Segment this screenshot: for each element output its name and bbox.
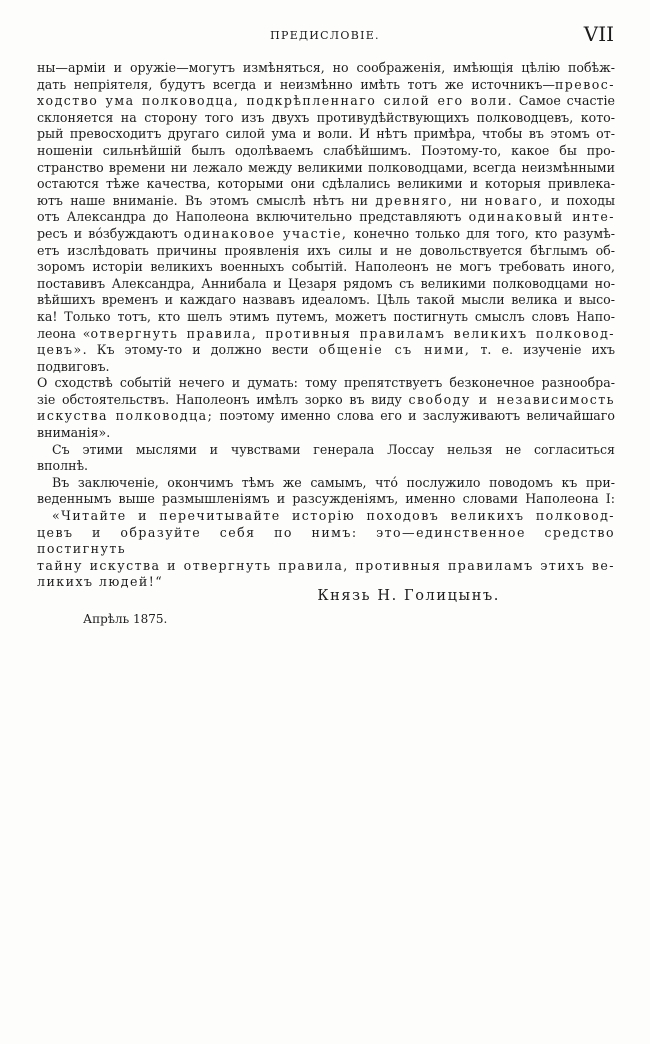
page-number: VII: [584, 24, 614, 44]
text-line: остаются тѣже качества, которыми они сдѣ…: [37, 176, 615, 193]
text-line: цевъ и образуйте себя по нимъ: это—единс…: [37, 525, 615, 558]
text-segment: вниманія».: [37, 425, 110, 440]
text-segment: ютъ наше вниманіе. Въ этомъ смыслѣ нѣтъ …: [37, 193, 375, 208]
date-line: Апрѣль 1875.: [83, 612, 167, 626]
text-line: тайну искуства и отвергнуть правила, про…: [37, 558, 615, 575]
emphasized-text: «Читайте и перечитывайте исторію походов…: [52, 508, 615, 523]
text-line: Въ заключеніе, окончимъ тѣмъ же самымъ, …: [37, 475, 615, 492]
text-line: отъ Александра до Наполеона включительно…: [37, 209, 615, 226]
emphasized-text: превос-: [555, 77, 615, 92]
text-segment: поэтому именно слова его и заслуживаютъ …: [213, 408, 615, 423]
text-line: вполнѣ.: [37, 458, 615, 475]
text-segment: вполнѣ.: [37, 458, 88, 473]
paragraph: Въ заключеніе, окончимъ тѣмъ же самымъ, …: [37, 475, 615, 508]
text-segment: ни: [453, 193, 484, 208]
text-line: склоняется на сторону того изъ двухъ про…: [37, 110, 615, 127]
emphasized-text: цевъ»: [37, 342, 83, 357]
text-segment: дать непріятеля, будутъ всегда и неизмѣн…: [37, 77, 555, 92]
text-line: леона «отвергнуть правила, противныя пра…: [37, 326, 615, 343]
text-segment: веденнымъ выше размышленіямъ и разсужден…: [37, 491, 615, 506]
emphasized-text: одинаковое участіе,: [184, 226, 348, 241]
text-segment: остаются тѣже качества, которыми они сдѣ…: [37, 176, 615, 191]
text-line: зіе обстоятельствъ. Наполеонъ имѣлъ зорк…: [37, 392, 615, 409]
text-segment: склоняется на сторону того изъ двухъ про…: [37, 110, 615, 125]
text-line: поставивъ Александра, Аннибала и Цезаря …: [37, 276, 615, 293]
text-segment: зоромъ исторіи великихъ военныхъ событій…: [37, 259, 615, 274]
emphasized-text: тайну искуства и отвергнуть правила, про…: [37, 558, 615, 573]
emphasized-text: древняго,: [375, 193, 453, 208]
text-segment: Съ этими мыслями и чувствами генерала Ло…: [52, 442, 615, 457]
text-segment: вѣйшихъ временъ и каждаго назвавъ идеало…: [37, 292, 615, 307]
text-line: вниманія».: [37, 425, 615, 442]
paragraph: «Читайте и перечитывайте исторію походов…: [37, 508, 615, 591]
text-line: вѣйшихъ временъ и каждаго назвавъ идеало…: [37, 292, 615, 309]
text-line: «Читайте и перечитывайте исторію походов…: [37, 508, 615, 525]
text-segment: конечно только для того, кто разумѣ-: [347, 226, 615, 241]
text-segment: О сходствѣ событій нечего и думать: тому…: [37, 375, 615, 390]
text-segment: ка! Только тотъ, кто шелъ этимъ путемъ, …: [37, 309, 615, 324]
emphasized-text: отвергнуть правила, противныя правиламъ …: [90, 326, 615, 341]
text-segment: леона «: [37, 326, 90, 341]
text-segment: странство времени ни лежало между велики…: [37, 160, 615, 175]
text-line: Съ этими мыслями и чувствами генерала Ло…: [37, 442, 615, 459]
text-line: О сходствѣ событій нечего и думать: тому…: [37, 375, 615, 392]
text-segment: ношеніи сильнѣйшій былъ одолѣваемъ слабѣ…: [37, 143, 615, 158]
text-line: ношеніи сильнѣйшій былъ одолѣваемъ слабѣ…: [37, 143, 615, 160]
emphasized-text: ходство ума полководца, подкрѣпленнаго с…: [37, 93, 513, 108]
text-line: веденнымъ выше размышленіямъ и разсужден…: [37, 491, 615, 508]
text-segment: Самое счастіе: [513, 93, 615, 108]
emphasized-text: новаго,: [485, 193, 544, 208]
text-segment: рый превосходитъ другаго силой ума и вол…: [37, 126, 615, 141]
text-segment: ны—арміи и оружіе—могутъ измѣняться, но …: [37, 60, 615, 75]
text-line: ны—арміи и оружіе—могутъ измѣняться, но …: [37, 60, 615, 77]
text-line: искуства полководца; поэтому именно слов…: [37, 408, 615, 425]
text-line: дать непріятеля, будутъ всегда и неизмѣн…: [37, 77, 615, 94]
text-line: рый превосходитъ другаго силой ума и вол…: [37, 126, 615, 143]
text-segment: поставивъ Александра, Аннибала и Цезаря …: [37, 276, 615, 291]
text-segment: и походы: [544, 193, 615, 208]
paragraph: Съ этими мыслями и чувствами генерала Ло…: [37, 442, 615, 475]
text-line: зоромъ исторіи великихъ военныхъ событій…: [37, 259, 615, 276]
text-line: ресъ и во́збуждаютъ одинаковое участіе, …: [37, 226, 615, 243]
text-segment: етъ изслѣдовать причины проявленія ихъ с…: [37, 243, 615, 258]
emphasized-text: цевъ и образуйте себя по нимъ: это—единс…: [37, 525, 615, 557]
text-line: етъ изслѣдовать причины проявленія ихъ с…: [37, 243, 615, 260]
text-line: ютъ наше вниманіе. Въ этомъ смыслѣ нѣтъ …: [37, 193, 615, 210]
text-segment: отъ Александра до Наполеона включительно…: [37, 209, 469, 224]
text-segment: ресъ и во́збуждаютъ: [37, 226, 184, 241]
text-segment: Въ заключеніе, окончимъ тѣмъ же самымъ, …: [52, 475, 615, 490]
text-line: ка! Только тотъ, кто шелъ этимъ путемъ, …: [37, 309, 615, 326]
emphasized-text: общеніе съ ними,: [319, 342, 471, 357]
text-line: странство времени ни лежало между велики…: [37, 160, 615, 177]
page-text: ны—арміи и оружіе—могутъ измѣняться, но …: [37, 60, 615, 591]
text-segment: . Къ этому-то и должно вести: [83, 342, 319, 357]
text-segment: зіе обстоятельствъ. Наполеонъ имѣлъ зорк…: [37, 392, 408, 407]
emphasized-text: искуства полководца;: [37, 408, 213, 423]
book-page: ПРЕДИСЛОВІЕ. VII ны—арміи и оружіе—могут…: [0, 0, 650, 1044]
running-header: ПРЕДИСЛОВІЕ.: [0, 29, 650, 42]
text-line: цевъ». Къ этому-то и должно вести общені…: [37, 342, 615, 375]
text-line: ходство ума полководца, подкрѣпленнаго с…: [37, 93, 615, 110]
emphasized-text: одинаковый инте-: [469, 209, 615, 224]
paragraph: ны—арміи и оружіе—могутъ измѣняться, но …: [37, 60, 615, 442]
emphasized-text: свободу и независимость: [408, 392, 615, 407]
author-signature: Князь Н. Голицынъ.: [0, 588, 500, 604]
